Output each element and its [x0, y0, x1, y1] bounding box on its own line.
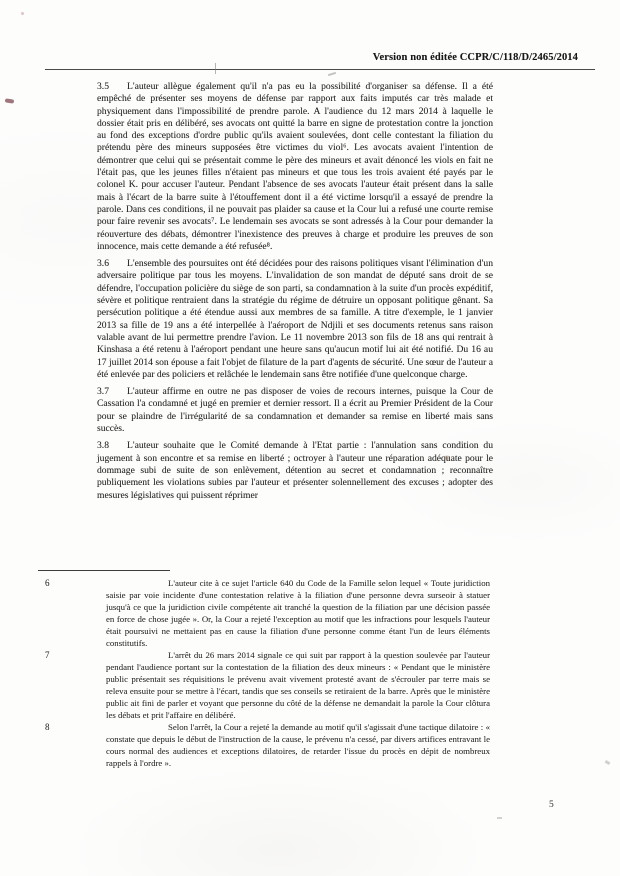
- footnote-number: 7: [45, 649, 50, 661]
- paragraph-text: L'ensemble des poursuites ont été décidé…: [97, 258, 493, 380]
- paragraph-number: 3.5: [97, 81, 127, 93]
- footnote-8: 8 Selon l'arrêt, la Cour a rejeté la dem…: [106, 721, 490, 769]
- footnote-text: L'auteur cite à ce sujet l'article 640 d…: [106, 577, 490, 649]
- footnote-6: 6 L'auteur cite à ce sujet l'article 640…: [106, 577, 490, 649]
- scan-artifact-dash: [497, 817, 502, 819]
- paragraph-text: L'auteur allègue également qu'il n'a pas…: [97, 81, 493, 252]
- paragraph-3-7: 3.7L'auteur affirme en outre ne pas disp…: [97, 386, 493, 435]
- scan-artifact-red-mark: [5, 98, 14, 103]
- footnote-number: 6: [45, 577, 50, 589]
- paragraph-number: 3.8: [97, 440, 127, 452]
- paragraph-3-6: 3.6L'ensemble des poursuites ont été déc…: [97, 258, 493, 381]
- scan-artifact-smudge: [328, 72, 336, 76]
- scan-artifact-red-dot: [21, 12, 24, 15]
- paragraph-3-5: 3.5L'auteur allègue également qu'il n'a …: [97, 81, 493, 253]
- paragraph-number: 3.7: [97, 386, 127, 398]
- footnote-divider: [38, 570, 170, 571]
- document-body: 3.5L'auteur allègue également qu'il n'a …: [97, 81, 493, 502]
- header-divider: [45, 69, 595, 70]
- paragraph-3-8: 3.8L'auteur souhaite que le Comité deman…: [97, 440, 493, 501]
- document-reference: Version non éditée CCPR/C/118/D/2465/201…: [373, 52, 578, 63]
- footnote-number: 8: [45, 721, 50, 733]
- footnotes-section: 6 L'auteur cite à ce sujet l'article 640…: [106, 577, 490, 769]
- paragraph-text: L'auteur affirme en outre ne pas dispose…: [97, 386, 493, 434]
- paragraph-text: L'auteur souhaite que le Comité demande …: [97, 440, 493, 500]
- footnote-text: Selon l'arrêt, la Cour a rejeté la deman…: [106, 721, 490, 769]
- scan-artifact-corner-mark: [605, 760, 611, 765]
- paragraph-number: 3.6: [97, 258, 127, 270]
- document-page: Version non éditée CCPR/C/118/D/2465/201…: [0, 0, 620, 876]
- footnote-text: L'arrêt du 26 mars 2014 signale ce qui s…: [106, 649, 490, 721]
- footnote-7: 7 L'arrêt du 26 mars 2014 signale ce qui…: [106, 649, 490, 721]
- page-number: 5: [549, 800, 554, 810]
